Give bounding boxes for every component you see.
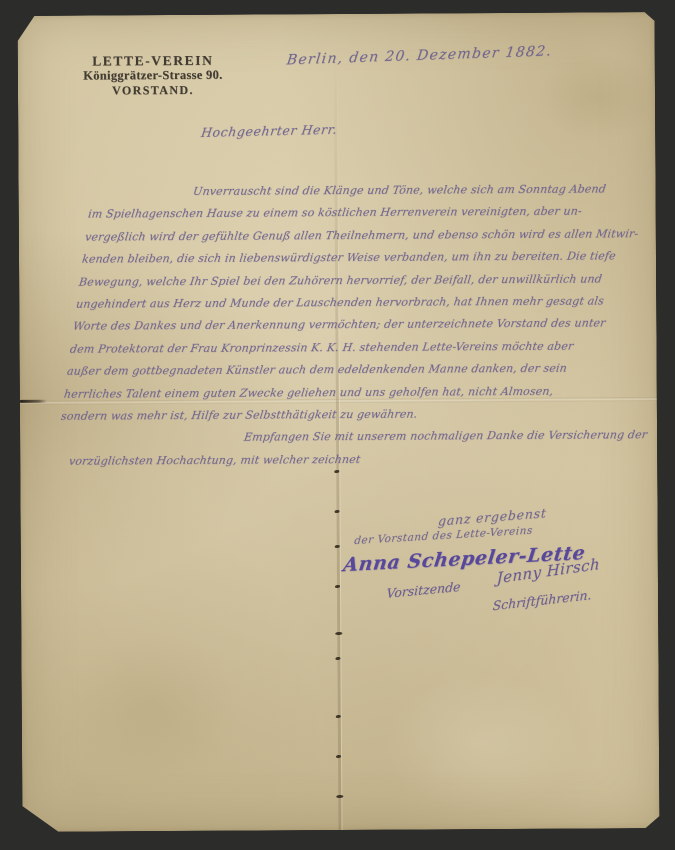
signature-role-vorsitzende: Vorsitzende — [386, 579, 461, 601]
stitch-mark — [336, 755, 341, 758]
closing-line: vorzüglichsten Hochachtung, mit welcher … — [53, 447, 550, 472]
signature-role-schriftfuehrerin: Schriftführerin. — [492, 587, 591, 613]
scan-background: LETTE-VEREIN Königgrätzer-Strasse 90. VO… — [0, 0, 675, 850]
letterhead-department: VORSTAND. — [63, 83, 243, 99]
stitch-mark — [335, 585, 340, 588]
paper-stain — [538, 52, 659, 143]
body-line: Bewegung, welche Ihr Spiel bei den Zuhör… — [77, 268, 574, 293]
letterhead-address: Königgrätzer-Strasse 90. — [63, 68, 243, 84]
letterhead: LETTE-VEREIN Königgrätzer-Strasse 90. VO… — [63, 53, 243, 99]
stitch-mark — [336, 715, 341, 718]
dateline: Berlin, den 20. Dezember 1882. — [286, 43, 553, 68]
stitch-mark — [336, 795, 343, 798]
body-line: vergeßlich wird der gefühlte Genuß allen… — [83, 223, 580, 248]
body-line: dem Protektorat der Frau Kronprinzessin … — [68, 335, 565, 360]
body-line: sondern was mehr ist, Hilfe zur Selbstth… — [59, 403, 556, 428]
body-line: Unverrauscht sind die Klänge und Töne, w… — [90, 178, 587, 203]
body-line: außer dem gottbegnadeten Künstler auch d… — [65, 358, 562, 383]
body-line: Worte des Dankes und der Anerkennung ver… — [71, 313, 568, 338]
closing-line: Empfangen Sie mit unserem nochmaligen Da… — [56, 425, 553, 450]
stitch-mark — [335, 632, 342, 635]
body-line: im Spielhagenschen Hause zu einem so kös… — [87, 201, 584, 226]
body-paragraph: Unverrauscht sind die Klänge und Töne, w… — [53, 178, 586, 472]
body-line: kenden bleiben, die sich in liebenswürdi… — [80, 246, 577, 271]
letterhead-org-name: LETTE-VEREIN — [63, 53, 243, 69]
body-line: herrliches Talent einem guten Zwecke gel… — [62, 380, 559, 405]
paper-stain — [61, 635, 242, 786]
letter-paper: LETTE-VEREIN Königgrätzer-Strasse 90. VO… — [18, 12, 660, 832]
body-line: ungehindert aus Herz und Munde der Lausc… — [74, 291, 571, 316]
salutation: Hochgeehrter Herr. — [200, 122, 338, 140]
paper-stain — [382, 673, 583, 814]
paper-tear — [20, 400, 47, 403]
stitch-mark — [335, 545, 340, 548]
stitch-mark — [335, 510, 340, 513]
stitch-mark — [335, 657, 340, 660]
